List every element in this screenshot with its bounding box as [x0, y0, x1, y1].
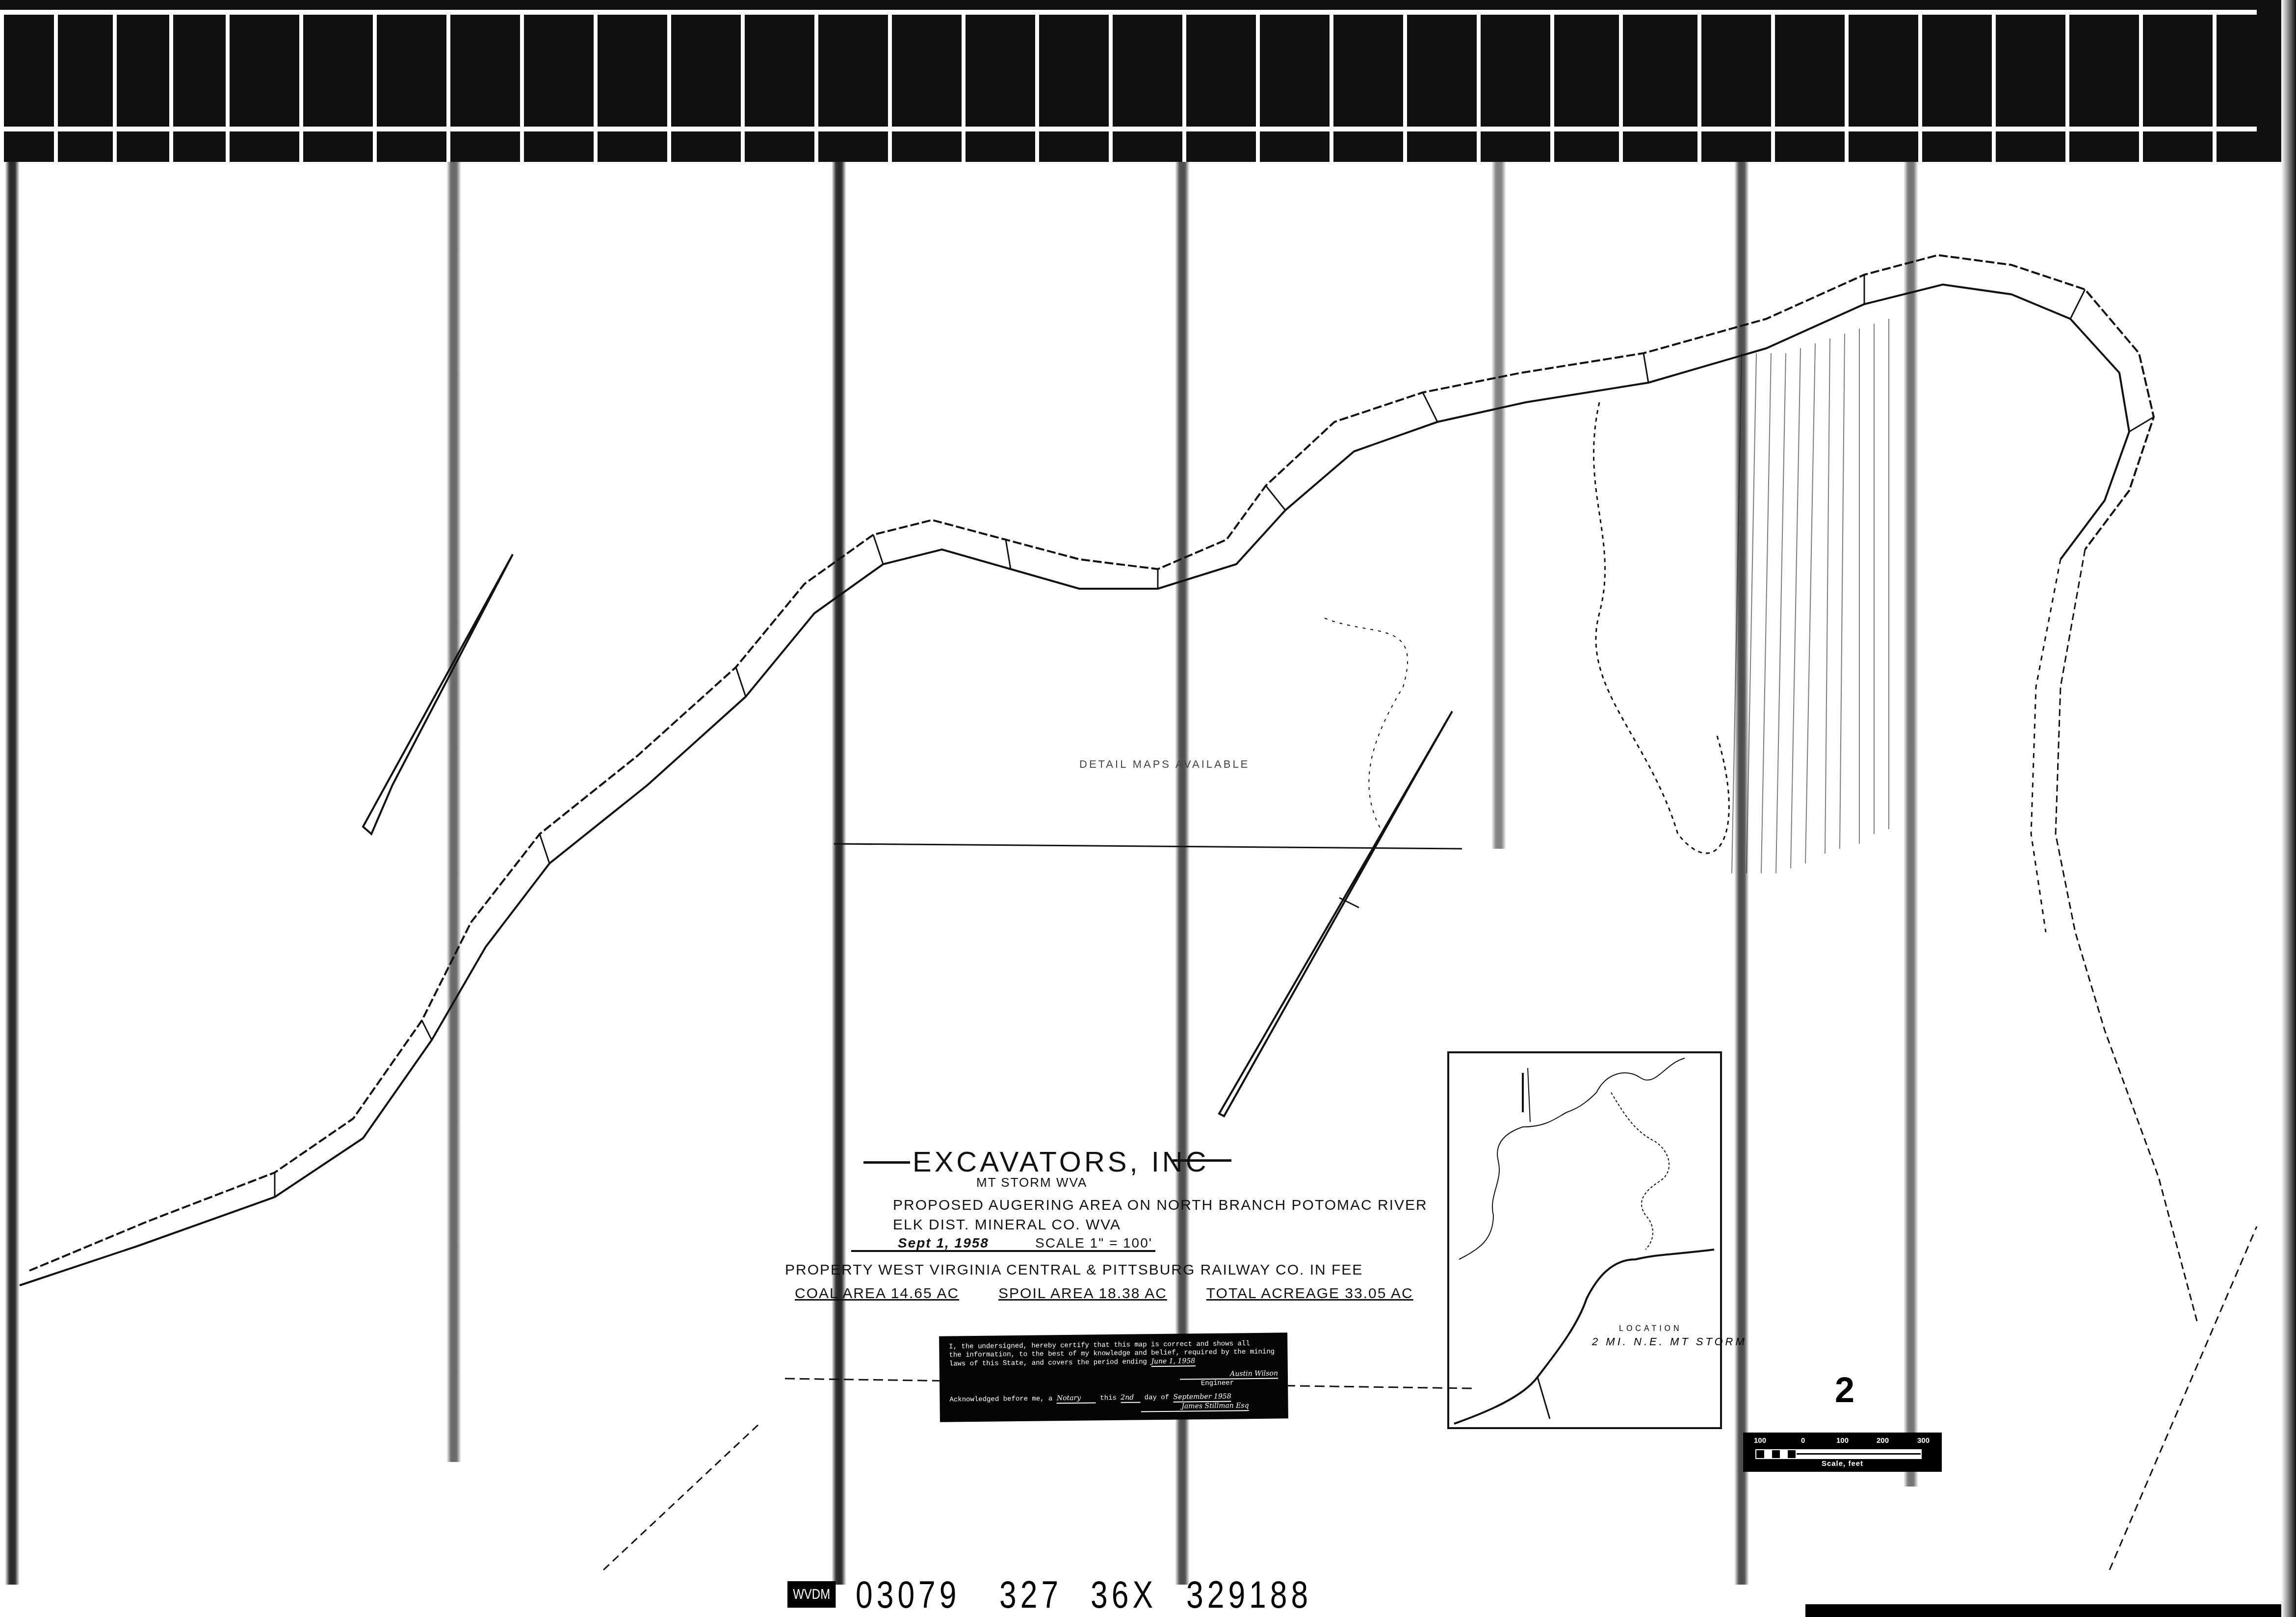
- north-arrow-center: [1219, 711, 1452, 1116]
- property-owner: PROPERTY WEST VIRGINIA CENTRAL & PITTSBU…: [785, 1262, 1363, 1278]
- film-id-strip: WVDM 03079 327 36X 329188: [787, 1575, 1343, 1614]
- ack-month-year: September 1958: [1173, 1392, 1231, 1402]
- total-acreage: TOTAL ACREAGE 33.05 AC: [1206, 1285, 1413, 1302]
- film-id-number: 36X: [1091, 1572, 1157, 1617]
- film-id-number: 329188: [1186, 1572, 1312, 1617]
- sheet-number: 2: [1835, 1370, 1854, 1410]
- title-rule: [863, 1161, 910, 1164]
- company-name: EXCAVATORS, INC: [913, 1146, 1209, 1178]
- area-summary: COAL AREA 14.65 AC SPOIL AREA 18.38 AC T…: [795, 1285, 1413, 1302]
- survey-traverse-lower: [20, 285, 2129, 1285]
- scale-tick-label: 200: [1877, 1436, 1889, 1445]
- inset-map-drawing: [1449, 1053, 1720, 1427]
- north-arrow-west: [363, 554, 513, 834]
- notary-signature: James Stillman Esq: [1141, 1402, 1249, 1412]
- detail-maps-note: DETAIL MAPS AVAILABLE: [1079, 758, 1250, 771]
- scale-tick-label: 100: [1836, 1436, 1849, 1445]
- potomac-river: [1459, 1058, 1685, 1259]
- company-location: MT STORM WVA: [976, 1175, 1087, 1190]
- traverse-station-ties: [275, 275, 2154, 1197]
- archive-badge: WVDM: [787, 1581, 835, 1608]
- engineer-certificate: I, the undersigned, hereby certify that …: [939, 1332, 1288, 1422]
- period-ending-signature: June 1, 1958: [1151, 1357, 1195, 1367]
- spoil-area: SPOIL AREA 18.38 AC: [998, 1285, 1167, 1302]
- film-edge: [1805, 1604, 2296, 1617]
- scale-bar: 1000100200300 Scale, feet: [1743, 1433, 1942, 1472]
- abram-creek: [1611, 1093, 1669, 1250]
- map-description: PROPOSED AUGERING AREA ON NORTH BRANCH P…: [893, 1197, 1428, 1214]
- title-rule: [851, 1250, 1155, 1252]
- ack-day: 2nd: [1121, 1393, 1140, 1403]
- engineer-signature: Austin Wilson: [1180, 1369, 1278, 1380]
- scale-tick-label: 300: [1917, 1436, 1930, 1445]
- spoil-area-hatching: [1732, 319, 1889, 873]
- map-date: Sept 1, 1958: [898, 1235, 989, 1251]
- coal-area: COAL AREA 14.65 AC: [795, 1285, 959, 1302]
- inset-location-description: 2 MI. N.E. MT STORM: [1592, 1335, 1747, 1348]
- scale-bar-caption: Scale, feet: [1743, 1460, 1942, 1468]
- film-id-number: 03079: [856, 1572, 961, 1617]
- inset-location-map: [1447, 1051, 1722, 1429]
- scale-tick-label: 100: [1754, 1436, 1766, 1445]
- ack-role: Notary: [1057, 1394, 1096, 1404]
- scan-edge: [2281, 0, 2296, 1617]
- inset-location-label: LOCATION: [1619, 1325, 1682, 1333]
- map-scale: SCALE 1" = 100': [1035, 1235, 1152, 1251]
- river-outline: [1593, 402, 1729, 853]
- scale-bar-graphic: [1755, 1449, 1922, 1459]
- film-id-number: 327: [999, 1572, 1062, 1617]
- survey-traverse-east-leg: [2056, 549, 2198, 1325]
- scale-tick-label: 0: [1801, 1436, 1805, 1445]
- map-district: ELK DIST. MINERAL CO. WVA: [893, 1217, 1121, 1233]
